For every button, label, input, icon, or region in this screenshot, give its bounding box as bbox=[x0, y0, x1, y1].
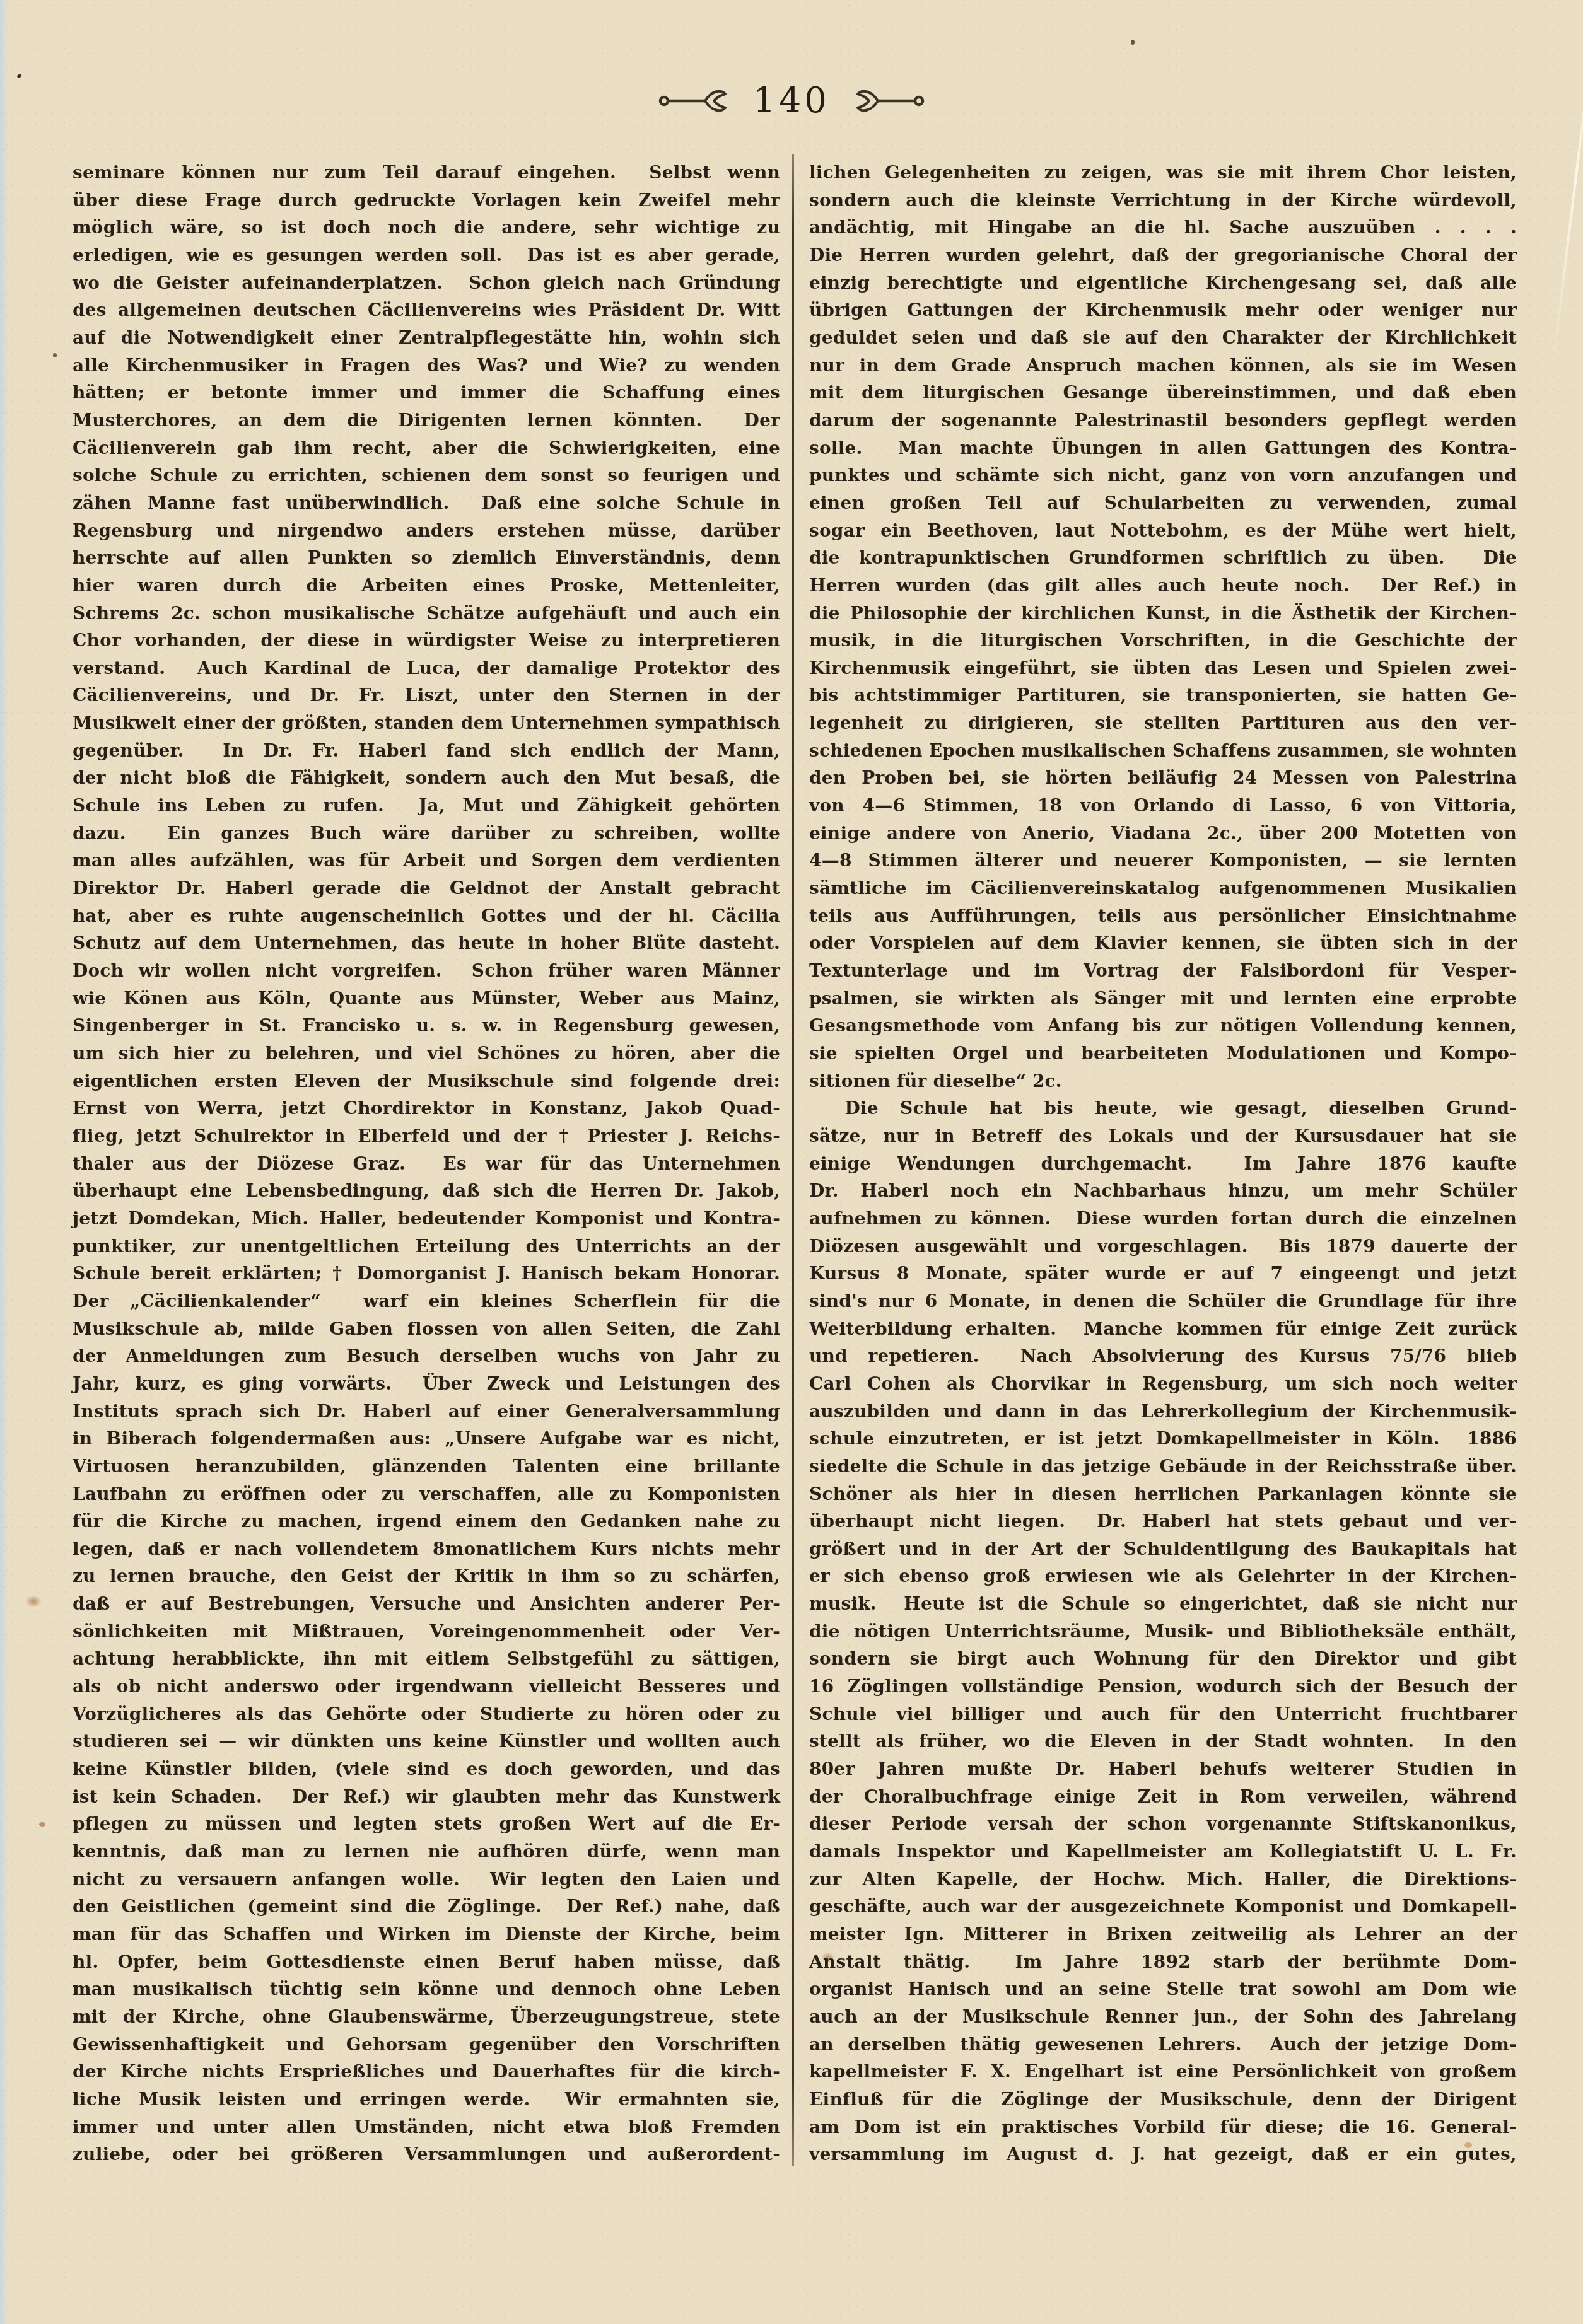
text-line: an derselben thätig gewesenen Lehrers. A… bbox=[809, 2031, 1517, 2059]
ink-speck bbox=[1131, 40, 1135, 45]
text-line: versammlung im August d. J. hat gezeigt,… bbox=[809, 2141, 1517, 2168]
text-line: des allgemeinen deutschen Cäcilienverein… bbox=[73, 296, 780, 324]
text-line: psalmen, sie wirkten als Sänger mit und … bbox=[809, 985, 1517, 1013]
text-line: wo die Geister aufeinanderplatzen. Schon… bbox=[73, 269, 780, 297]
text-line: damals Inspektor und Kapellmeister am Ko… bbox=[809, 1838, 1517, 1866]
text-line: Schule bereit erklärten; † Domorganist J… bbox=[73, 1260, 780, 1287]
text-line: größert und in der Art der Schuldentilgu… bbox=[809, 1535, 1517, 1563]
text-line: hätten; er betonte immer und immer die S… bbox=[73, 379, 780, 407]
text-line: 4—8 Stimmen älterer und neuerer Komponis… bbox=[809, 847, 1517, 874]
text-line: aufnehmen zu können. Diese wurden fortan… bbox=[809, 1205, 1517, 1233]
text-line: solche Schule zu errichten, schienen dem… bbox=[73, 462, 780, 489]
text-line: Musikschule ab, milde Gaben flossen von … bbox=[73, 1315, 780, 1343]
text-line: der Choralbuchfrage einige Zeit in Rom v… bbox=[809, 1783, 1517, 1811]
page-header: 140 bbox=[0, 74, 1583, 127]
text-line: Kursus 8 Monate, später wurde er auf 7 e… bbox=[809, 1260, 1517, 1287]
document-page: 140 seminare können nur zum Teil darauf … bbox=[0, 0, 1583, 2324]
text-line: Schutz auf dem Unternehmen, das heute in… bbox=[73, 929, 780, 957]
text-line: eigentlichen ersten Eleven der Musikschu… bbox=[73, 1067, 780, 1095]
column-divider-rule bbox=[792, 154, 794, 2166]
text-line: auch an der Musikschule Renner jun., der… bbox=[809, 2003, 1517, 2031]
text-line: und repetieren. Nach Absolvierung des Ku… bbox=[809, 1342, 1517, 1370]
text-line: organist Hanisch und an seine Stelle tra… bbox=[809, 1975, 1517, 2003]
text-line: am Dom ist ein praktisches Vorbild für d… bbox=[809, 2113, 1517, 2141]
text-line: thaler aus der Diözese Graz. Es war für … bbox=[73, 1150, 780, 1178]
text-line: oder Vorspielen auf dem Klavier kennen, … bbox=[809, 929, 1517, 957]
text-line: zur Alten Kapelle, der Hochw. Mich. Hall… bbox=[809, 1866, 1517, 1893]
text-line: der nicht bloß die Fähigkeit, sondern au… bbox=[73, 764, 780, 792]
text-line: Schrems 2c. schon musikalische Schätze a… bbox=[73, 600, 780, 627]
text-line: sondern auch die kleinste Verrichtung in… bbox=[809, 187, 1517, 214]
text-line: siedelte die Schule in das jetzige Gebäu… bbox=[809, 1453, 1517, 1480]
text-line: man alles aufzählen, was für Arbeit und … bbox=[73, 847, 780, 874]
text-line: überhaupt nicht liegen. Dr. Haberl hat s… bbox=[809, 1508, 1517, 1535]
text-line: überhaupt eine Lebensbedingung, daß sich… bbox=[73, 1177, 780, 1205]
text-line: sie spielten Orgel und bearbeiteten Modu… bbox=[809, 1040, 1517, 1067]
text-line: Gewissenhaftigkeit und Gehorsam gegenübe… bbox=[73, 2031, 780, 2059]
text-line: Ernst von Werra, jetzt Chordirektor in K… bbox=[73, 1095, 780, 1122]
text-line: seminare können nur zum Teil darauf eing… bbox=[73, 159, 780, 187]
text-line: als ob nicht anderswo oder irgendwann vi… bbox=[73, 1673, 780, 1700]
text-line: Die Schule hat bis heute, wie gesagt, di… bbox=[809, 1095, 1517, 1122]
text-line: über diese Frage durch gedruckte Vorlage… bbox=[73, 187, 780, 214]
text-line: Schule ins Leben zu rufen. Ja, Mut und Z… bbox=[73, 792, 780, 820]
text-line: Textunterlage und im Vortrag der Falsibo… bbox=[809, 957, 1517, 985]
text-line: zähen Manne fast unüberwindlich. Daß ein… bbox=[73, 489, 780, 517]
text-line: einzig berechtigte und eigentliche Kirch… bbox=[809, 269, 1517, 297]
text-line: der Kirche nichts Ersprießliches und Dau… bbox=[73, 2058, 780, 2086]
text-line: keine Künstler bilden, (viele sind es do… bbox=[73, 1755, 780, 1783]
text-line: dazu. Ein ganzes Buch wäre darüber zu sc… bbox=[73, 820, 780, 847]
text-line: Cäcilienverein gab ihm recht, aber die S… bbox=[73, 434, 780, 462]
text-line: man für das Schaffen und Wirken im Diens… bbox=[73, 1920, 780, 1948]
text-line: stellt als früher, wo die Eleven in der … bbox=[809, 1728, 1517, 1755]
text-line: Doch wir wollen nicht vorgreifen. Schon … bbox=[73, 957, 780, 985]
foxing-stain bbox=[25, 1595, 42, 1608]
text-line: Jahr, kurz, es ging vorwärts. Über Zweck… bbox=[73, 1370, 780, 1398]
text-line: auf die Notwendigkeit einer Zentralpfleg… bbox=[73, 324, 780, 352]
text-line: sätze, nur in Betreff des Lokals und der… bbox=[809, 1122, 1517, 1150]
text-line: achtung herabblickte, ihn mit eitlem Sel… bbox=[73, 1645, 780, 1673]
text-line: jetzt Domdekan, Mich. Haller, bedeutende… bbox=[73, 1205, 780, 1233]
text-line: Regensburg und nirgendwo anders erstehen… bbox=[73, 517, 780, 545]
text-line: punktiker, zur unentgeltlichen Erteilung… bbox=[73, 1233, 780, 1260]
text-line: hl. Opfer, beim Gottesdienste einen Beru… bbox=[73, 1948, 780, 1976]
text-line: lichen Gelegenheiten zu zeigen, was sie … bbox=[809, 159, 1517, 187]
text-line: erledigen, wie es gesungen werden soll. … bbox=[73, 241, 780, 269]
text-line: legenheit zu dirigieren, sie stellten Pa… bbox=[809, 709, 1517, 737]
text-line: einige andere von Anerio, Viadana 2c., ü… bbox=[809, 820, 1517, 847]
text-line: geduldet seien und daß sie auf den Chara… bbox=[809, 324, 1517, 352]
text-line: sogar ein Beethoven, laut Nottebohm, es … bbox=[809, 517, 1517, 545]
text-line: sönlichkeiten mit Mißtrauen, Voreingenom… bbox=[73, 1618, 780, 1646]
text-line: man musikalisch tüchtig sein könne und d… bbox=[73, 1975, 780, 2003]
text-line: Gesangsmethode vom Anfang bis zur nötige… bbox=[809, 1012, 1517, 1040]
text-line: Virtuosen heranzubilden, glänzenden Tale… bbox=[73, 1453, 780, 1480]
text-line: Chor vorhanden, der diese in würdigster … bbox=[73, 627, 780, 654]
text-line: die Philosophie der kirchlichen Kunst, i… bbox=[809, 600, 1517, 627]
text-line: Musikwelt einer der größten, standen dem… bbox=[73, 709, 780, 737]
text-line: einen großen Teil auf Schularbeiten zu v… bbox=[809, 489, 1517, 517]
fleuron-right-icon bbox=[854, 86, 925, 115]
text-line: flieg, jetzt Schulrektor in Elberfeld un… bbox=[73, 1122, 780, 1150]
text-line: musik, in die liturgischen Vorschriften,… bbox=[809, 627, 1517, 654]
text-line: Weiterbildung erhalten. Manche kommen fü… bbox=[809, 1315, 1517, 1343]
text-line: um sich hier zu belehren, und viel Schön… bbox=[73, 1040, 780, 1067]
text-line: Diözesen ausgewählt und vorgeschlagen. B… bbox=[809, 1233, 1517, 1260]
text-line: sämtliche im Cäcilienvereinskatalog aufg… bbox=[809, 874, 1517, 902]
text-line: immer und unter allen Umständen, nicht e… bbox=[73, 2113, 780, 2141]
text-line: Einfluß für die Zöglinge der Musikschule… bbox=[809, 2086, 1517, 2113]
text-line: hier waren durch die Arbeiten eines Pros… bbox=[73, 572, 780, 600]
text-line: 16 Zöglingen vollständige Pension, wodur… bbox=[809, 1673, 1517, 1700]
text-line: herrschte auf allen Punkten so ziemlich … bbox=[73, 544, 780, 572]
text-line: meister Ign. Mitterer in Brixen zeitweil… bbox=[809, 1920, 1517, 1948]
text-line: Laufbahn zu eröffnen oder zu verschaffen… bbox=[73, 1480, 780, 1508]
text-line: sitionen für dieselbe“ 2c. bbox=[809, 1067, 1517, 1095]
text-line: Carl Cohen als Chorvikar in Regensburg, … bbox=[809, 1370, 1517, 1398]
text-line: Vorzüglicheres als das Gehörte oder Stud… bbox=[73, 1700, 780, 1728]
text-line: mit der Kirche, ohne Glaubenswärme, Über… bbox=[73, 2003, 780, 2031]
text-line: daß er auf Bestrebungen, Versuche und An… bbox=[73, 1590, 780, 1618]
text-line: für die Kirche zu machen, irgend einem d… bbox=[73, 1508, 780, 1535]
text-line: wie Könen aus Köln, Quante aus Münster, … bbox=[73, 985, 780, 1013]
text-column-left: seminare können nur zum Teil darauf eing… bbox=[73, 159, 780, 2168]
text-line: kenntnis, daß man zu lernen nie aufhören… bbox=[73, 1838, 780, 1866]
text-line: schule einzutreten, er ist jetzt Domkape… bbox=[809, 1425, 1517, 1453]
foxing-spot bbox=[39, 1822, 45, 1827]
text-line: mit dem liturgischen Gesange übereinstim… bbox=[809, 379, 1517, 407]
text-line: Anstalt thätig. Im Jahre 1892 starb der … bbox=[809, 1948, 1517, 1976]
text-line: einige Wendungen durchgemacht. Im Jahre … bbox=[809, 1150, 1517, 1178]
text-line: andächtig, mit Hingabe an die hl. Sache … bbox=[809, 214, 1517, 241]
ink-speck bbox=[53, 353, 57, 357]
text-line: hat, aber es ruhte augenscheinlich Gotte… bbox=[73, 902, 780, 930]
text-line: verstand. Auch Kardinal de Luca, der dam… bbox=[73, 654, 780, 682]
text-line: Kirchenmusik eingeführt, sie übten das L… bbox=[809, 654, 1517, 682]
text-line: dieser Periode versah der schon vorgenan… bbox=[809, 1810, 1517, 1838]
text-line: auszubilden und dann in das Lehrerkolleg… bbox=[809, 1398, 1517, 1426]
text-line: pflegen zu müssen und legten stets große… bbox=[73, 1810, 780, 1838]
scanner-edge-strip bbox=[0, 0, 8, 2324]
text-line: Der „Cäcilienkalender“ warf ein kleines … bbox=[73, 1287, 780, 1315]
text-line: Direktor Dr. Haberl gerade die Geldnot d… bbox=[73, 874, 780, 902]
text-line: Instituts sprach sich Dr. Haberl auf ein… bbox=[73, 1398, 780, 1426]
page-number: 140 bbox=[753, 74, 830, 127]
text-line: geschäfte, auch war der ausgezeichnete K… bbox=[809, 1893, 1517, 1920]
text-line: Herren wurden (das gilt alles auch heute… bbox=[809, 572, 1517, 600]
text-line: in Biberach folgendermaßen aus: „Unsere … bbox=[73, 1425, 780, 1453]
text-line: er sich ebenso groß erwiesen wie als Gel… bbox=[809, 1562, 1517, 1590]
text-line: übrigen Gattungen der Kirchenmusik mehr … bbox=[809, 296, 1517, 324]
text-line: ist kein Schaden. Der Ref.) wir glaubten… bbox=[73, 1783, 780, 1811]
text-line: sind's nur 6 Monate, in denen die Schüle… bbox=[809, 1287, 1517, 1315]
text-line: möglich wäre, so ist doch noch die ander… bbox=[73, 214, 780, 241]
text-line: darum der sogenannte Palestrinastil beso… bbox=[809, 407, 1517, 434]
text-line: kapellmeister F. X. Engelhart ist eine P… bbox=[809, 2058, 1517, 2086]
text-line: musik. Heute ist die Schule so eingerich… bbox=[809, 1590, 1517, 1618]
text-line: teils aus Aufführungen, teils aus persön… bbox=[809, 902, 1517, 930]
text-line: Musterchores, an dem die Dirigenten lern… bbox=[73, 407, 780, 434]
text-line: Schöner als hier in diesen herrlichen Pa… bbox=[809, 1480, 1517, 1508]
text-line: Singenberger in St. Francisko u. s. w. i… bbox=[73, 1012, 780, 1040]
text-line: zu lernen brauche, den Geist der Kritik … bbox=[73, 1562, 780, 1590]
text-line: Dr. Haberl noch ein Nachbarhaus hinzu, u… bbox=[809, 1177, 1517, 1205]
text-line: die nötigen Unterrichtsräume, Musik- und… bbox=[809, 1618, 1517, 1646]
text-line: die kontrapunktischen Grundformen schrif… bbox=[809, 544, 1517, 572]
text-column-right: lichen Gelegenheiten zu zeigen, was sie … bbox=[809, 159, 1517, 2168]
text-line: den Proben bei, sie hörten beiläufig 24 … bbox=[809, 764, 1517, 792]
text-line: den Geistlichen (gemeint sind die Zöglin… bbox=[73, 1893, 780, 1920]
text-line: solle. Man machte Übungen in allen Gattu… bbox=[809, 434, 1517, 462]
text-line: nur in dem Grade Anspruch machen können,… bbox=[809, 352, 1517, 380]
text-line: Schule viel billiger und auch für den Un… bbox=[809, 1700, 1517, 1728]
text-line: 80er Jahren mußte Dr. Haberl behufs weit… bbox=[809, 1755, 1517, 1783]
text-line: Cäcilienvereins, und Dr. Fr. Liszt, unte… bbox=[73, 682, 780, 709]
text-line: bis achtstimmiger Partituren, sie transp… bbox=[809, 682, 1517, 709]
text-line: liche Musik leisten und erringen werde. … bbox=[73, 2086, 780, 2113]
text-line: legen, daß er nach vollendetem 8monatlic… bbox=[73, 1535, 780, 1563]
text-line: sondern sie birgt auch Wohnung für den D… bbox=[809, 1645, 1517, 1673]
text-line: Die Herren wurden gelehrt, daß der grego… bbox=[809, 241, 1517, 269]
text-line: alle Kirchenmusiker in Fragen des Was? u… bbox=[73, 352, 780, 380]
text-line: gegenüber. In Dr. Fr. Haberl fand sich e… bbox=[73, 737, 780, 765]
text-line: punktes und schämte sich nicht, ganz von… bbox=[809, 462, 1517, 489]
text-line: der Anmeldungen zum Besuch derselben wuc… bbox=[73, 1342, 780, 1370]
text-line: studieren sei — wir dünkten uns keine Kü… bbox=[73, 1728, 780, 1755]
text-line: zuliebe, oder bei größeren Versammlungen… bbox=[73, 2141, 780, 2168]
text-line: schiedenen Epochen musikalischen Schaffe… bbox=[809, 737, 1517, 765]
text-line: von 4—6 Stimmen, 18 von Orlando di Lasso… bbox=[809, 792, 1517, 820]
text-line: nicht zu versauern anfangen wolle. Wir l… bbox=[73, 1866, 780, 1893]
fleuron-left-icon bbox=[658, 86, 729, 115]
